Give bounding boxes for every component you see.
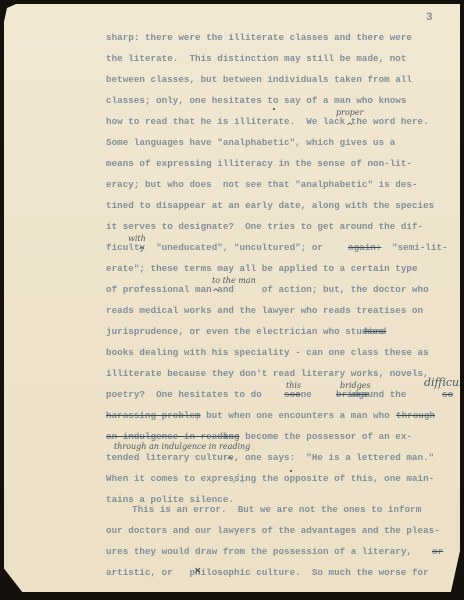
paper-speck [290, 470, 292, 472]
insertion-caret: ^ [212, 288, 220, 298]
page-number: 3 [426, 12, 433, 24]
handwritten-insertion-through-indulgence: through an indulgence in reading [114, 442, 250, 451]
text-line: artistic, or philosophic culture. So muc… [106, 567, 429, 579]
handwritten-insertion-with: with [128, 234, 146, 243]
handwritten-insertion-bridges: bridges [340, 381, 371, 390]
text-line: tined to disappear at an early date, alo… [106, 200, 434, 212]
text-line: how to read that he is illiterate. We la… [106, 116, 429, 128]
text-line: books dealing with his speciality - can … [106, 347, 429, 359]
insertion-caret: ^ [226, 456, 234, 466]
handwritten-insertion-to-the-man: to the man [212, 276, 256, 285]
insertion-caret: ^ [346, 122, 354, 132]
struck-word: or [432, 546, 443, 558]
text-line: This is an error. But we are not the one… [132, 504, 421, 516]
struck-phrase: harassing problem [106, 410, 201, 422]
section-break-asterism: * * * [232, 475, 245, 489]
text-line: jurisprudence, or even the electrician w… [106, 326, 384, 338]
text-line: our doctors and our lawyers of the advan… [106, 525, 440, 537]
struck-word: through [396, 410, 435, 422]
text-line: When it comes to expressing the opposite… [106, 473, 434, 485]
handwritten-insertion-this: this [286, 381, 301, 390]
insertion-caret: ^ [138, 246, 146, 256]
text-line: the literate. This distinction may still… [106, 53, 406, 65]
struck-word: so [442, 389, 453, 401]
asterism-bottom: * * [232, 482, 245, 489]
text-line: it serves to designate? One tries to get… [106, 221, 423, 233]
paper-speck [273, 108, 275, 110]
text-line: reads medical works and the lawyer who r… [106, 305, 423, 317]
text-line: means of expressing illiteracy in the se… [106, 158, 412, 170]
struck-word: bridge [336, 389, 369, 401]
handwritten-insertion-proper: proper [336, 108, 363, 117]
text-line: tended literary culture, one says: "He i… [106, 452, 434, 464]
text-line-tail: "semi-lit- [392, 242, 448, 254]
text-line: illiterate because they don't read liter… [106, 368, 429, 380]
struck-word: so: [284, 389, 301, 401]
typewritten-page: 3 sharp: there were the illiterate class… [4, 4, 460, 592]
text-line: classes; only, one hesitates to say of a… [106, 95, 406, 107]
text-line: ures they would draw from the possession… [106, 546, 412, 558]
text-line: erate"; these terms may all be applied t… [106, 263, 418, 275]
text-line: of professional man and of action; but, … [106, 284, 429, 296]
text-line: Some languages have "analphabetic", whic… [106, 137, 395, 149]
text-line: between classes, but between individuals… [106, 74, 412, 86]
struck-word: again: [348, 242, 381, 254]
handwritten-mark: × [194, 566, 202, 576]
handwritten-insertion-difficulty: difficulty [424, 376, 464, 389]
text-line: eracy; but who does not see that "analph… [106, 179, 418, 191]
struck-word: hand [364, 326, 386, 338]
text-line: sharp: there were the illiterate classes… [106, 32, 412, 44]
